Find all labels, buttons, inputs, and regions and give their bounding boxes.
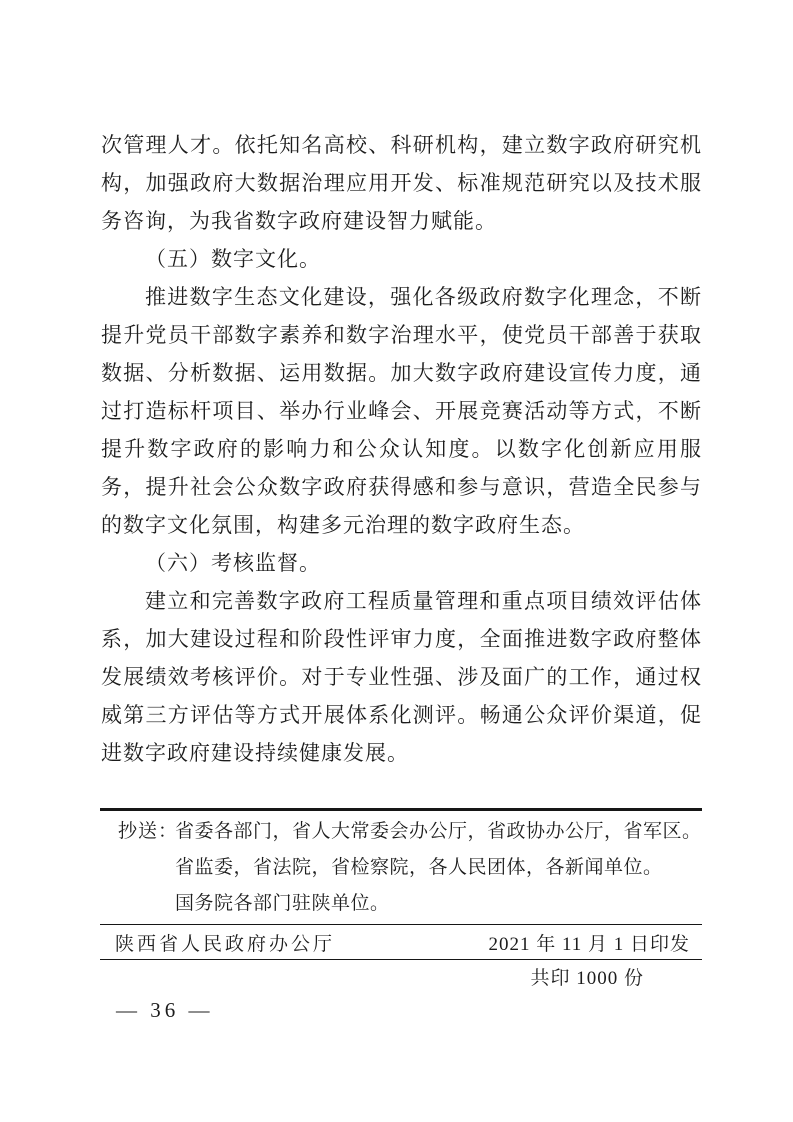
document-page: 次管理人才。依托知名高校、科研机构，建立数字政府研究机构，加强政府大数据治理应用… bbox=[0, 0, 793, 1122]
paragraph-assessment-supervision: 建立和完善数字政府工程质量管理和重点项目绩效评估体系，加大建设过程和阶段性评审力… bbox=[101, 582, 702, 772]
issuer-name: 陕西省人民政府办公厅 bbox=[115, 929, 335, 956]
print-date: 2021 年 11 月 1 日印发 bbox=[488, 929, 690, 956]
copy-to-lines: 省委各部门，省人大常委会办公厅，省政协办公厅，省军区。 省监委，省法院，省检察院… bbox=[175, 814, 702, 922]
copy-to-line: 省委各部门，省人大常委会办公厅，省政协办公厅，省军区。 bbox=[175, 814, 702, 850]
copy-to-label: 抄送： bbox=[118, 814, 178, 850]
print-copies: 共印 1000 份 bbox=[100, 960, 702, 997]
page-number: — 36 — bbox=[116, 998, 214, 1023]
paragraph-digital-culture: 推进数字生态文化建设，强化各级政府数字化理念，不断提升党员干部数字素养和数字治理… bbox=[101, 278, 702, 544]
section-heading-5: （五）数字文化。 bbox=[101, 240, 702, 278]
copy-to-block: 抄送： 省委各部门，省人大常委会办公厅，省政协办公厅，省军区。 省监委，省法院，… bbox=[100, 808, 702, 925]
issuer-row: 陕西省人民政府办公厅 2021 年 11 月 1 日印发 bbox=[100, 925, 702, 960]
copy-to-line: 省监委，省法院，省检察院，各人民团体，各新闻单位。 bbox=[175, 850, 702, 886]
body-text: 次管理人才。依托知名高校、科研机构，建立数字政府研究机构，加强政府大数据治理应用… bbox=[101, 126, 702, 772]
paragraph-continuation: 次管理人才。依托知名高校、科研机构，建立数字政府研究机构，加强政府大数据治理应用… bbox=[101, 126, 702, 240]
copy-to-line: 国务院各部门驻陕单位。 bbox=[175, 886, 702, 922]
section-heading-6: （六）考核监督。 bbox=[101, 544, 702, 582]
memo-footer: 抄送： 省委各部门，省人大常委会办公厅，省政协办公厅，省军区。 省监委，省法院，… bbox=[100, 808, 702, 997]
